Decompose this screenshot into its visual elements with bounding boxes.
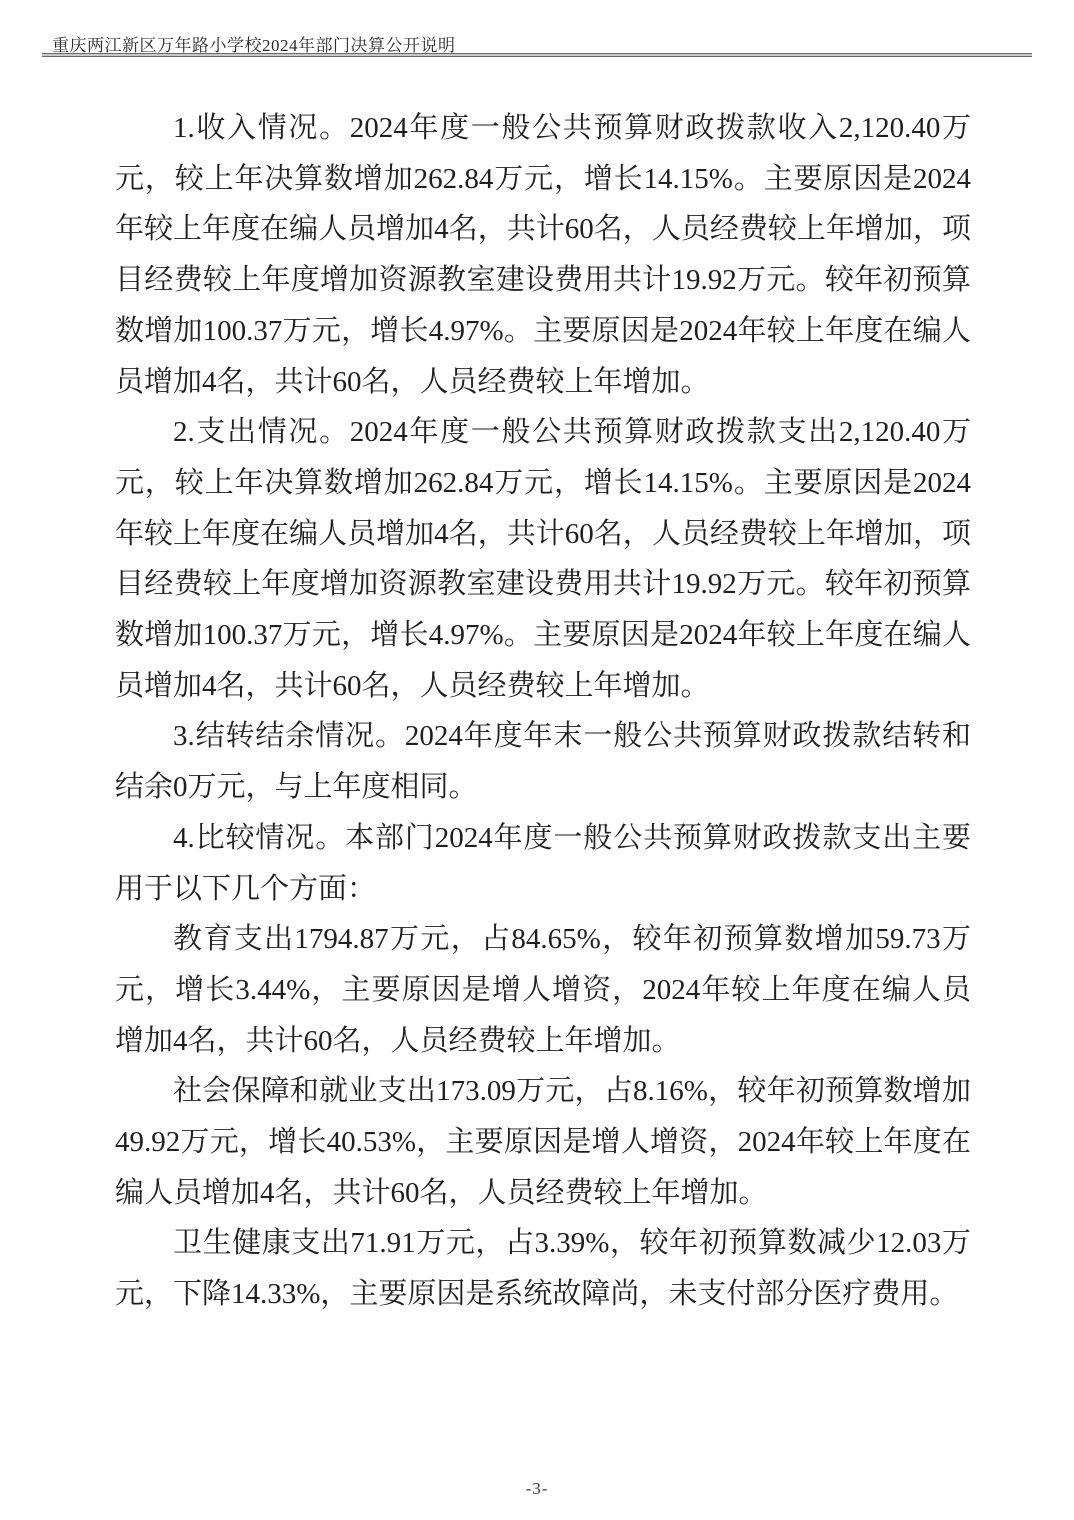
document-body: 1.收入情况。2024年度一般公共预算财政拨款收入2,120.40万元，较上年决… xyxy=(115,103,971,1320)
page-footer: -3- xyxy=(0,1479,1074,1499)
paragraph-carryover-balance: 3.结转结余情况。2024年度年末一般公共预算财政拨款结转和结余0万元，与上年度… xyxy=(115,711,971,812)
header-rule xyxy=(42,53,1032,57)
paragraph-health-spending: 卫生健康支出71.91万元，占3.39%，较年初预算数减少12.03万元，下降1… xyxy=(115,1218,971,1319)
paragraph-expenditure: 2.支出情况。2024年度一般公共预算财政拨款支出2,120.40万元，较上年决… xyxy=(115,407,971,711)
paragraph-education-spending: 教育支出1794.87万元，占84.65%，较年初预算数增加59.73万元，增长… xyxy=(115,914,971,1066)
page-number: -3- xyxy=(526,1479,549,1498)
paragraph-income: 1.收入情况。2024年度一般公共预算财政拨款收入2,120.40万元，较上年决… xyxy=(115,103,971,407)
paragraph-comparison: 4.比较情况。本部门2024年度一般公共预算财政拨款支出主要用于以下几个方面： xyxy=(115,813,971,914)
document-page: 重庆两江新区万年路小学校2024年部门决算公开说明 1.收入情况。2024年度一… xyxy=(0,0,1074,1520)
paragraph-social-security-spending: 社会保障和就业支出173.09万元，占8.16%，较年初预算数增加49.92万元… xyxy=(115,1066,971,1218)
